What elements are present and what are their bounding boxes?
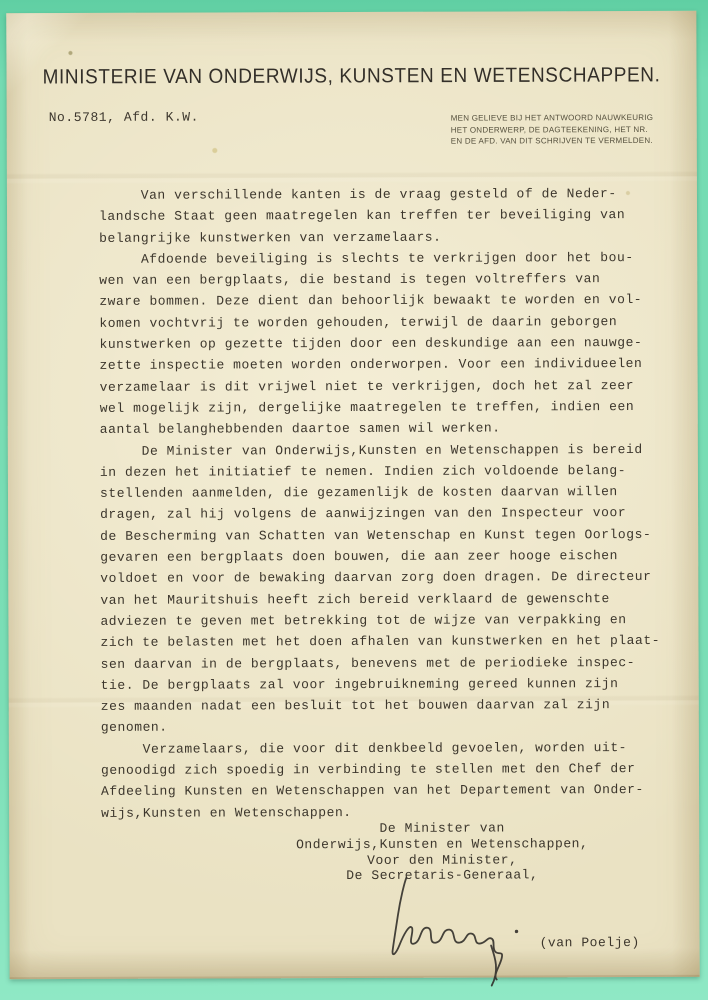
letter-body: Van verschillende kanten is de vraag ges…: [99, 183, 661, 824]
reference-number: No.5781, Afd. K.W.: [49, 110, 199, 126]
scan-background: MINISTERIE VAN ONDERWIJS, KUNSTEN EN WET…: [0, 0, 708, 1000]
ministry-title: MINISTERIE VAN ONDERWIJS, KUNSTEN EN WET…: [7, 64, 697, 90]
signed-name: (van Poelje): [540, 935, 640, 950]
letter-paper: MINISTERIE VAN ONDERWIJS, KUNSTEN EN WET…: [6, 11, 699, 979]
reply-notice: MEN GELIEVE BIJ HET ANTWOORD NAUWKEURIG …: [451, 112, 661, 147]
signature-autograph: [379, 866, 539, 992]
